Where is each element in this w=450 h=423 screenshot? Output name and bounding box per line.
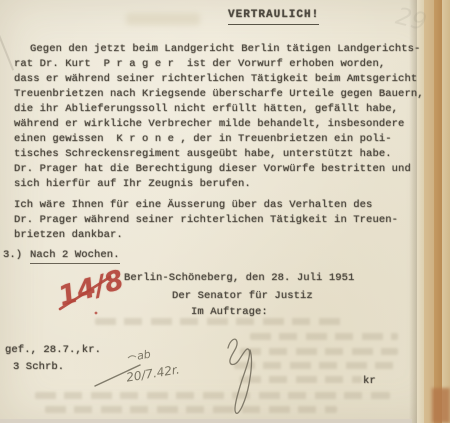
bleed-through-smudge — [126, 13, 200, 25]
pencil-note-ab: ab — [136, 348, 152, 363]
copies-note: 3 Schrb. — [13, 360, 64, 375]
list-item-text: Nach 2 Wochen. — [30, 248, 120, 264]
sender-office: Der Senator für Justiz — [172, 289, 313, 304]
page-edge-strip-3 — [434, 0, 442, 423]
dateline: Berlin-Schöneberg, den 28. Juli 1951 — [124, 271, 354, 286]
filing-note: gef., 28.7.,kr. — [5, 343, 101, 358]
list-item-number: 3.) — [3, 248, 22, 263]
pencil-handwritten-note: ab 20/7.42r. — [88, 346, 203, 391]
page-edge-strip-4 — [442, 0, 450, 423]
typist-initials: kr — [363, 374, 376, 389]
pencil-tilde — [128, 356, 136, 358]
margin-pencil-line — [0, 29, 14, 70]
bleed-through-line — [45, 406, 337, 413]
red-strike-line — [54, 269, 124, 319]
scanned-document-page: 29 VERTRAULICH! Gegen den jetzt beim Lan… — [0, 0, 450, 423]
bleed-through-line — [35, 392, 390, 399]
page-bottom-edge — [0, 419, 412, 423]
body-paragraph-2: Ich wäre Ihnen für eine Äusserung über d… — [14, 198, 426, 243]
body-paragraph-1: Gegen den jetzt beim Landgericht Berlin … — [14, 42, 426, 192]
red-crayon-date-mark: 14/8 — [54, 269, 124, 319]
classification-header: VERTRAULICH! — [228, 8, 319, 25]
handwritten-signature — [218, 322, 278, 422]
pencil-note-main: 20/7.42r. — [125, 362, 180, 384]
per-pro-line: Im Auftrage: — [191, 305, 268, 320]
page-corner-shadow — [432, 388, 450, 423]
